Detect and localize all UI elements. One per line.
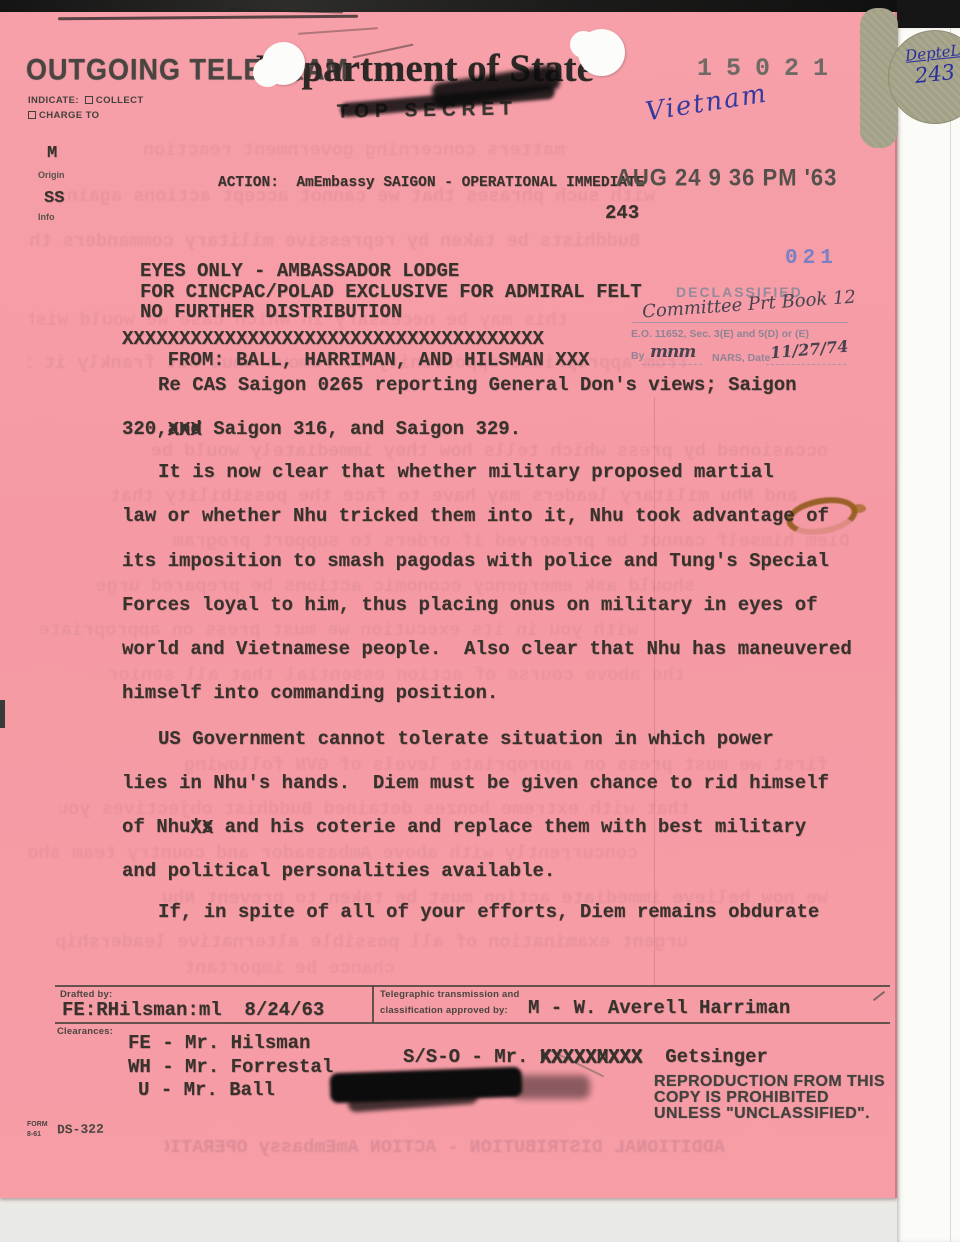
struck-overlay: XXX <box>168 419 202 441</box>
struck-from-overlay: XXXXXXXXXXXXXXXXXXXXXXXXXXXXXXXXXXXXX <box>122 328 544 350</box>
form-number: DS-322 <box>57 1122 104 1138</box>
bleedthrough-text-line: Diem himself cannot be preserved if orde… <box>120 531 850 552</box>
clearance-sso: S/S-O - Mr. KXXXXMXXXXXXXXXXXX Getsinger <box>403 1046 768 1068</box>
reproduction-line2: COPY IS PROHIBITED <box>654 1090 885 1106</box>
body-line: its imposition to smash pagodas with pol… <box>122 550 829 572</box>
collect-label: COLLECT <box>96 95 144 106</box>
fold-crease <box>654 397 655 987</box>
clearance-fe: FE - Mr. Hilsman <box>128 1032 310 1054</box>
clearances-label: Clearances: <box>57 1026 113 1037</box>
charge-label: CHARGE TO <box>39 110 99 121</box>
body-line: Re CAS Saigon 0265 reporting General Don… <box>158 374 797 396</box>
by-initials: mnm <box>650 342 695 362</box>
bleedthrough-text-line: ADDITIONAL DISTRIBUTION - ACTION AmEmbas… <box>165 1137 725 1158</box>
eyes-only-line: EYES ONLY - AMBASSADOR LODGE <box>140 260 459 282</box>
drafted-by-value: FE:RHilsman:ml 8/24/63 <box>62 999 324 1021</box>
body-text: and his coterie and replace them with be… <box>213 816 806 838</box>
stamp-rule <box>766 364 846 365</box>
form-rule <box>55 1022 890 1024</box>
approved-label-1: Telegraphic transmission and <box>380 989 520 1000</box>
hole-punch <box>578 29 625 76</box>
cable-number: 243 <box>605 202 639 224</box>
charge-row: CHARGE TO <box>28 110 99 121</box>
body-line: If, in spite of all of your efforts, Die… <box>158 901 819 923</box>
struck-word: 'sXX <box>190 816 213 838</box>
eo-line: E.O. 11652, Sec. 3(E) and 5(D) or (E) <box>631 328 809 340</box>
body-line: of Nhu'sXX and his coterie and replace t… <box>122 816 806 838</box>
struck-name: KXXXXMXXXXXXXXXXXX <box>540 1046 643 1068</box>
origin-code: M <box>47 144 57 163</box>
body-text: of Nhu <box>122 816 190 838</box>
no-distribution-line: NO FURTHER DISTRIBUTION <box>140 301 402 323</box>
page-number-stamp: 021 <box>785 247 838 270</box>
body-text: Getsinger <box>642 1046 767 1068</box>
scanner-edge-top <box>0 0 960 12</box>
stamp-rule <box>642 364 702 365</box>
body-line: It is now clear that whether military pr… <box>158 461 774 483</box>
reproduction-line3: UNLESS "UNCLASSIFIED". <box>654 1106 885 1122</box>
action-line: ACTION: AmEmbassy SAIGON - OPERATIONAL I… <box>218 175 644 191</box>
body-line: lies in Nhu's hands. Diem must be given … <box>122 772 829 794</box>
hole-punch <box>262 42 305 85</box>
collect-checkbox <box>85 96 93 104</box>
scan-edge-mark <box>0 700 5 728</box>
by-label: By <box>631 350 644 362</box>
body-line: US Government cannot tolerate situation … <box>158 728 774 750</box>
body-line: law or whether Nhu tricked them into it,… <box>122 505 829 527</box>
body-line: Forces loyal to him, thus placing onus o… <box>122 594 818 616</box>
approved-label-2: classification approved by: <box>380 1005 508 1016</box>
indicate-row: INDICATE:COLLECT <box>28 95 144 106</box>
received-date-stamp: AUG 24 9 36 PM '63 <box>616 164 837 193</box>
charge-checkbox <box>28 111 36 119</box>
bleedthrough-text-line: occasioned by press which tells how they… <box>28 441 828 462</box>
indicate-label: INDICATE: <box>28 95 79 106</box>
body-text: S/S-O - Mr. <box>403 1046 540 1068</box>
struck-from-base: FROM: BALL, HARRIMAN, AND HILSMAN XXX <box>168 349 590 371</box>
marker-redaction-smear <box>512 1075 590 1099</box>
body-text: 320, <box>122 418 168 440</box>
backing-sheet-crease <box>950 28 951 1242</box>
form-label: FORM <box>27 1121 48 1128</box>
reproduction-stamp: REPRODUCTION FROM THIS COPY IS PROHIBITE… <box>654 1074 885 1122</box>
scan-scratch <box>58 15 358 21</box>
info-label: Info <box>38 212 55 222</box>
form-date: 8-61 <box>27 1131 41 1138</box>
approved-by-value: M - W. Averell Harriman <box>528 997 790 1019</box>
clearance-wh: WH - Mr. Forrestal <box>128 1056 333 1078</box>
cincpac-line: FOR CINCPAC/POLAD EXCLUSIVE FOR ADMIRAL … <box>140 281 642 303</box>
deptel-tab-label: DepteL 243 <box>900 41 960 89</box>
form-divider <box>372 985 374 1023</box>
struck-overlay: XX <box>190 817 213 839</box>
bleedthrough-text-line: chance be important <box>55 958 395 979</box>
struck-word: andXXX <box>168 418 202 440</box>
stamp-rule <box>632 322 848 323</box>
body-line: himself into commanding position. <box>122 682 498 704</box>
bleedthrough-text-line: urgent examination of all possible alter… <box>28 932 688 953</box>
body-line: and political personalities available. <box>122 860 555 882</box>
stain-mark <box>852 504 866 513</box>
origin-label: Origin <box>38 170 65 180</box>
body-line: world and Vietnamese people. Also clear … <box>122 638 852 660</box>
vietnam-annotation: Vietnam <box>643 79 770 128</box>
reproduction-line1: REPRODUCTION FROM THIS <box>654 1074 885 1090</box>
nars-label: NARS, Date <box>712 352 770 364</box>
scan-scratch <box>298 27 378 35</box>
bleedthrough-text-line: and Nhu military leaders may have to fac… <box>28 486 798 507</box>
info-code: SS <box>44 189 64 208</box>
form-rule <box>55 985 890 987</box>
body-line: 320,andXXX Saigon 316, and Saigon 329. <box>122 418 521 440</box>
bleedthrough-text-line: Buddhists be taken by repressive militar… <box>28 231 640 252</box>
bleedthrough-text-line: matters concerning government reaction <box>95 140 565 161</box>
serial-number-stamp: 15021 <box>697 54 842 83</box>
telegram-page: matters concerning government reactionwi… <box>0 12 897 1198</box>
clearance-u: U - Mr. Ball <box>138 1079 275 1101</box>
declass-date: 11/27/74 <box>769 337 849 363</box>
pen-mark <box>873 991 885 1001</box>
struck-from-line: FROM: BALL, HARRIMAN, AND HILSMAN XXX XX… <box>122 327 589 415</box>
body-text: Saigon 316, and Saigon 329. <box>202 418 521 440</box>
scanner-edge-corner <box>897 0 960 28</box>
scanned-telegram-page: { "colors": { "page_pink": "#f59aa4", "t… <box>0 0 960 1242</box>
struck-overlay: XXXXXXXXX <box>540 1047 643 1069</box>
